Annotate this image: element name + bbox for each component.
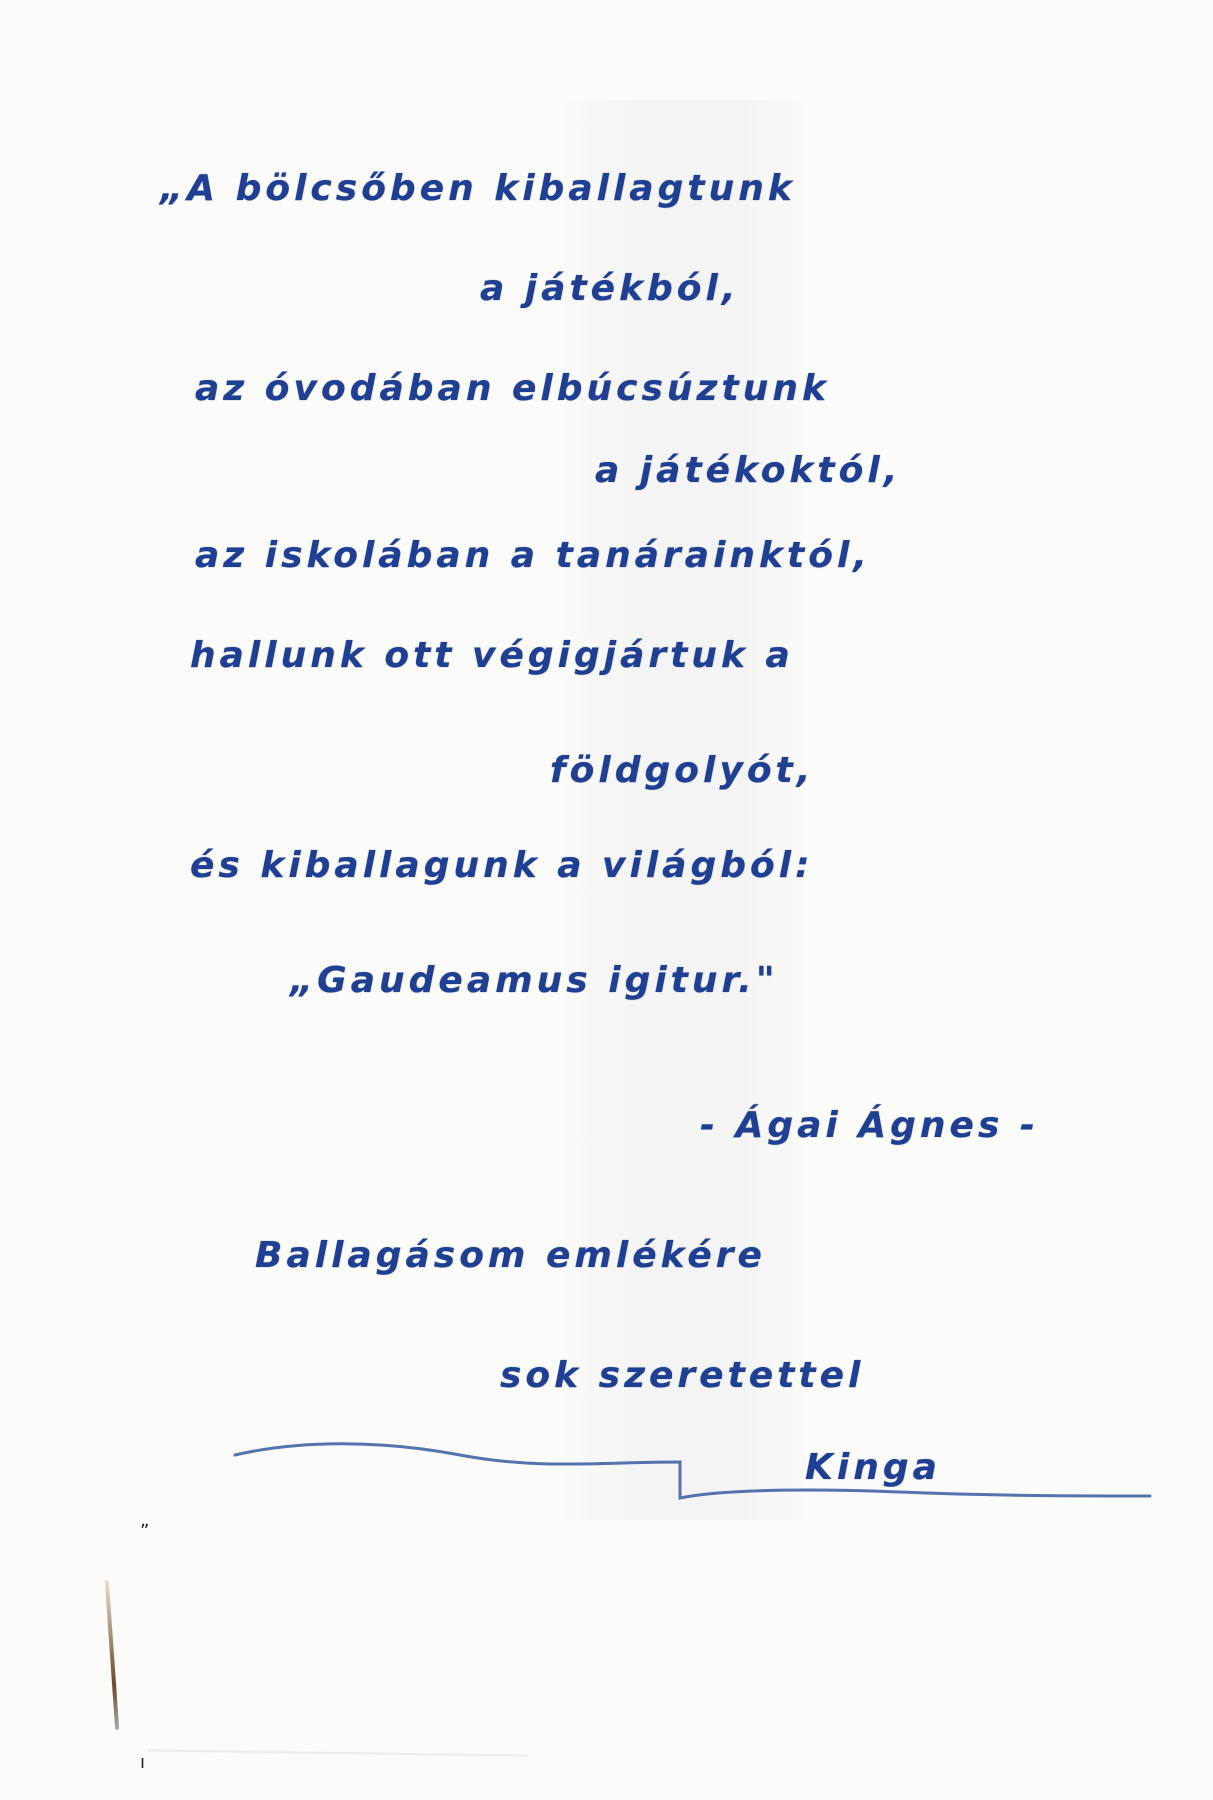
signature: Kinga: [805, 1447, 941, 1488]
signature-underline: [0, 0, 1213, 1800]
margin-mark: „: [140, 1510, 149, 1531]
margin-mark: ı: [140, 1752, 145, 1773]
